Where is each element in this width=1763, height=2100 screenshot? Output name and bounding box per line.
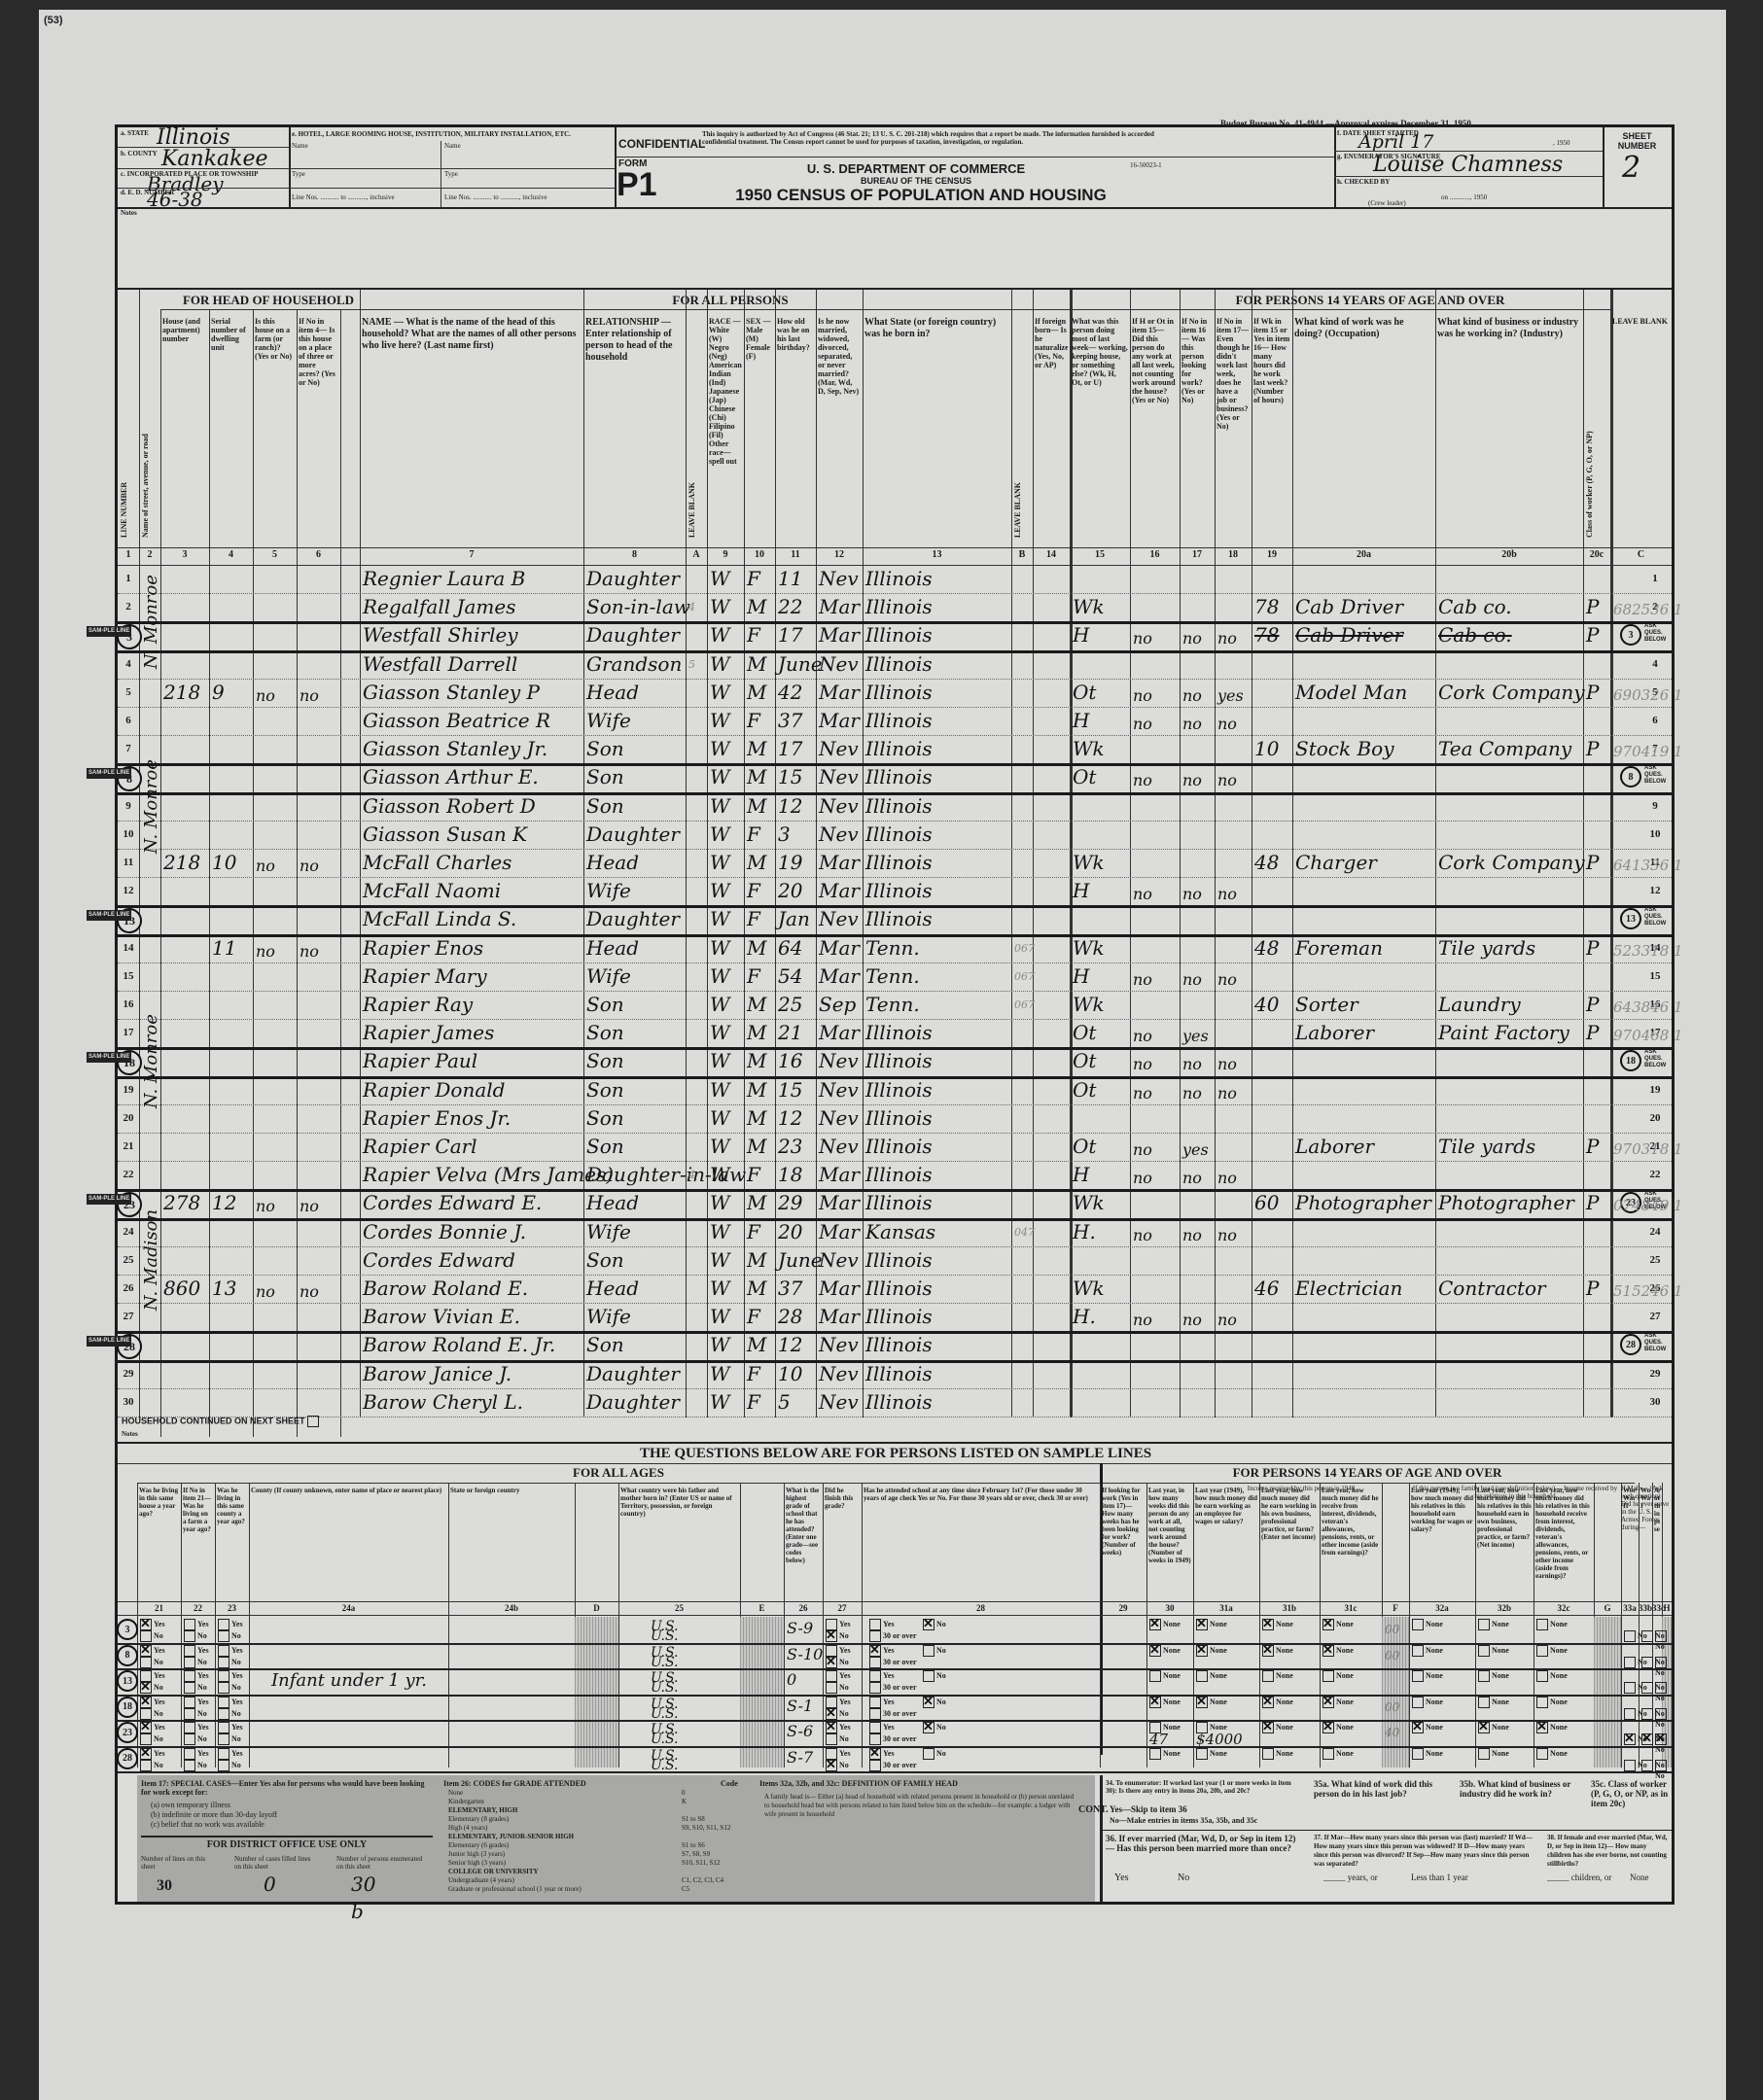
- checkbox-q28-yes-box[interactable]: [869, 1619, 881, 1630]
- checkbox-none-q32b[interactable]: None: [1478, 1722, 1509, 1733]
- checkbox-none-q31a[interactable]: None: [1196, 1748, 1227, 1760]
- table-row[interactable]: 111121810nonoMcFall CharlesHeadWM19MarIl…: [118, 849, 1672, 878]
- checkbox-q21-no-box[interactable]: [140, 1630, 152, 1642]
- checkbox-q28-no-box[interactable]: [923, 1722, 934, 1733]
- cell-hours: 48: [1254, 851, 1291, 874]
- checkbox-q27-no[interactable]: No: [826, 1657, 849, 1668]
- checkbox-q28-30-box[interactable]: [869, 1708, 881, 1720]
- checkbox-q23-no-box[interactable]: [218, 1760, 229, 1771]
- checkbox-q33-q33a-box[interactable]: [1624, 1657, 1636, 1668]
- checkbox-q23-yes[interactable]: Yes: [218, 1619, 243, 1630]
- checkbox-q27-no[interactable]: No: [826, 1733, 849, 1745]
- checkbox-q22-no-box[interactable]: [184, 1708, 195, 1720]
- sample-row[interactable]: 8YesNoYesNoYesNoU.S.U.S.S-10YesNoYesNo30…: [118, 1643, 1672, 1671]
- checkbox-none-q30-box[interactable]: [1149, 1697, 1161, 1708]
- cell-sex: F: [747, 1305, 774, 1328]
- checkbox-q28-yes[interactable]: Yes: [869, 1645, 895, 1657]
- q34-no[interactable]: No—Make entries in items 35a, 35b, and 3…: [1110, 1816, 1257, 1825]
- checkbox-none-q31a[interactable]: None: [1196, 1619, 1227, 1630]
- checkbox-q33-q33a-box[interactable]: [1624, 1708, 1636, 1720]
- checkbox-q22-no[interactable]: No: [184, 1708, 207, 1720]
- checkbox-none-q31a-box[interactable]: [1196, 1645, 1208, 1657]
- checkbox-q28-30[interactable]: 30 or over: [869, 1657, 917, 1668]
- table-row[interactable]: 1010Giasson Susan KDaughterWF3NevIllinoi…: [118, 821, 1672, 850]
- checkbox-q21-no-box[interactable]: [140, 1657, 152, 1668]
- checkbox-q22-yes[interactable]: Yes: [184, 1722, 209, 1733]
- checkbox-q22-no[interactable]: No: [184, 1682, 207, 1694]
- checkbox-q22-yes[interactable]: Yes: [184, 1697, 209, 1708]
- checkbox-q28-yes[interactable]: Yes: [869, 1722, 895, 1733]
- checkbox-q33-q33a-box[interactable]: [1624, 1760, 1636, 1771]
- q36-yes[interactable]: Yes: [1114, 1872, 1129, 1883]
- q34-yes[interactable]: Yes—Skip to item 36: [1110, 1804, 1187, 1814]
- checkbox-q22-no-box[interactable]: [184, 1760, 195, 1771]
- checkbox-q28-no[interactable]: No: [923, 1722, 946, 1733]
- checkbox-q27-no[interactable]: No: [826, 1682, 849, 1694]
- line-number-right: 24: [1644, 1226, 1666, 1238]
- checkbox-q22-yes-box[interactable]: [184, 1670, 195, 1682]
- checkbox-q23-no-box[interactable]: [218, 1708, 229, 1720]
- checkbox-none-q31c-box[interactable]: [1322, 1722, 1334, 1733]
- table-row[interactable]: 99Giasson Robert DSonWM12NevIllinois: [118, 792, 1672, 822]
- checkbox-q28-yes[interactable]: Yes: [869, 1619, 895, 1630]
- checkbox-q21-no[interactable]: No: [140, 1630, 163, 1642]
- checkbox-q23-yes-box[interactable]: [218, 1697, 229, 1708]
- checkbox-q23-no[interactable]: No: [218, 1708, 241, 1720]
- checkbox-none-q32a[interactable]: None: [1412, 1748, 1443, 1760]
- checkbox-q23-no[interactable]: No: [218, 1657, 241, 1668]
- sample-cell-grade: S-9: [787, 1619, 826, 1637]
- checkbox-q33-q33b-box[interactable]: [1641, 1682, 1653, 1694]
- checkbox-q21-yes-box[interactable]: [140, 1645, 152, 1657]
- checkbox-q22-no[interactable]: No: [184, 1657, 207, 1668]
- checkbox-q23-yes-box[interactable]: [218, 1722, 229, 1733]
- checkbox-none-q30[interactable]: None: [1149, 1697, 1181, 1708]
- checkbox-none-q31b-box[interactable]: [1262, 1645, 1274, 1657]
- checkbox-none-q32a-box[interactable]: [1412, 1619, 1424, 1630]
- table-row[interactable]: 2929Barow Janice J.DaughterWF10NevIllino…: [118, 1360, 1672, 1389]
- checkbox-q28-30[interactable]: 30 or over: [869, 1630, 917, 1642]
- checkbox-q22-yes[interactable]: Yes: [184, 1645, 209, 1657]
- table-row[interactable]: 13SAM-PLE LINEASK QUES. BELOW13McFall Li…: [118, 905, 1672, 936]
- checkbox-q28-30[interactable]: 30 or over: [869, 1733, 917, 1745]
- checkbox-q21-yes-box[interactable]: [140, 1619, 152, 1630]
- checkbox-q27-no-box[interactable]: [826, 1760, 837, 1771]
- cell-relationship: Daughter: [586, 623, 685, 647]
- checkbox-q23-yes[interactable]: Yes: [218, 1670, 243, 1682]
- cell-q18: no: [1217, 1169, 1251, 1187]
- checkbox-none-q31b-box[interactable]: [1262, 1619, 1274, 1630]
- checkbox-label: No: [231, 1683, 241, 1692]
- checkbox-q22-yes-box[interactable]: [184, 1722, 195, 1733]
- checkbox-q28-yes-box[interactable]: [869, 1670, 881, 1682]
- checkbox-q27-no[interactable]: No: [826, 1760, 849, 1771]
- checkbox-q28-yes-box[interactable]: [869, 1748, 881, 1760]
- checkbox-q22-yes[interactable]: Yes: [184, 1748, 209, 1760]
- checkbox-none-q32c-box[interactable]: [1536, 1670, 1548, 1682]
- checkbox-none-q32c[interactable]: None: [1536, 1619, 1568, 1630]
- checkbox-label: None: [1210, 1697, 1227, 1705]
- table-row[interactable]: 1717Rapier JamesSonWM21MarIllinoisOtnoye…: [118, 1019, 1672, 1050]
- checkbox-q27-no-box[interactable]: [826, 1630, 837, 1642]
- checkbox-none-q31b-box[interactable]: [1262, 1748, 1274, 1760]
- checkbox-none-q31a-box[interactable]: [1196, 1619, 1208, 1630]
- checkbox-none-q31b[interactable]: None: [1262, 1645, 1293, 1657]
- table-row[interactable]: 8SAM-PLE LINEASK QUES. BELOW8Giasson Art…: [118, 763, 1672, 794]
- checkbox-q33-q33a-box[interactable]: [1624, 1682, 1636, 1694]
- checkbox-none-q32c[interactable]: None: [1536, 1645, 1568, 1657]
- checkbox-none-q31a-box[interactable]: [1196, 1697, 1208, 1708]
- checkbox-q23-no-box[interactable]: [218, 1657, 229, 1668]
- table-row[interactable]: 66Giasson Beatrice RWifeWF37MarIllinoisH…: [118, 707, 1672, 736]
- sample-row[interactable]: 28YesNoYesNoYesNoU.S.U.S.S-7YesNoYesNo30…: [118, 1746, 1672, 1774]
- checkbox-q33-q33c-box[interactable]: [1655, 1682, 1667, 1694]
- checkbox-none-q32c[interactable]: None: [1536, 1748, 1568, 1760]
- cell-relationship: Daughter: [586, 822, 685, 846]
- checkbox-q33-q33b-box[interactable]: [1641, 1733, 1653, 1745]
- checkbox-none-q31c[interactable]: None: [1322, 1645, 1354, 1657]
- checkbox-none-q31c-box[interactable]: [1322, 1670, 1334, 1682]
- checkbox-q23-yes[interactable]: Yes: [218, 1748, 243, 1760]
- checkbox-q28-no-box[interactable]: [923, 1697, 934, 1708]
- checkbox-q28-30-box[interactable]: [869, 1630, 881, 1642]
- checkbox-q28-30-box[interactable]: [869, 1760, 881, 1771]
- checkbox-q21-yes-box[interactable]: [140, 1697, 152, 1708]
- cell-sex: M: [747, 1248, 774, 1272]
- cell-name: Giasson Stanley Jr.: [363, 737, 582, 760]
- checkbox-label: None: [1336, 1620, 1354, 1628]
- sample-row[interactable]: 23YesNoYesNoYesNoU.S.U.S.S-6YesNoYesNo30…: [118, 1720, 1672, 1748]
- checkbox-q28-30[interactable]: 30 or over: [869, 1708, 917, 1720]
- column-header-10: SEX — Male (M) Female (F): [746, 317, 773, 536]
- checkbox-label: Yes: [883, 1723, 895, 1732]
- checkbox-none-q32a[interactable]: None: [1412, 1697, 1443, 1708]
- checkbox-none-q31b-box[interactable]: [1262, 1670, 1274, 1682]
- checkbox-none-q32a-box[interactable]: [1412, 1722, 1424, 1733]
- checkbox-none-q32b-box[interactable]: [1478, 1748, 1490, 1760]
- checkbox-q33-q33b-box[interactable]: [1641, 1760, 1653, 1771]
- checkbox-none-q32b[interactable]: None: [1478, 1619, 1509, 1630]
- checkbox-q27-no-box[interactable]: [826, 1657, 837, 1668]
- table-row[interactable]: 1616Rapier RaySonWM25SepTenn.067Wk40Sort…: [118, 991, 1672, 1020]
- checkbox-q21-no-box[interactable]: [140, 1682, 152, 1694]
- checkbox-q23-yes-box[interactable]: [218, 1748, 229, 1760]
- checkbox-q22-no-box[interactable]: [184, 1630, 195, 1642]
- cell-relationship: Son: [586, 794, 685, 818]
- sample-header-q31c: Last year, how much money did he receive…: [1322, 1487, 1380, 1601]
- checkbox-q23-no[interactable]: No: [218, 1630, 241, 1642]
- checkbox-none-q30-box[interactable]: [1149, 1670, 1161, 1682]
- checkbox-q22-no-box[interactable]: [184, 1733, 195, 1745]
- checkbox-q33-q33c-box[interactable]: [1655, 1760, 1667, 1771]
- checkbox-none-q31b[interactable]: None: [1262, 1670, 1293, 1682]
- checkbox-q28-no[interactable]: No: [923, 1697, 946, 1708]
- cell-age: 25: [778, 993, 815, 1016]
- checkbox-q33-q33b-box[interactable]: [1641, 1708, 1653, 1720]
- checkbox-none-q32c[interactable]: None: [1536, 1670, 1568, 1682]
- checkbox-none-q31c[interactable]: None: [1322, 1697, 1354, 1708]
- q37-less[interactable]: Less than 1 year: [1411, 1872, 1468, 1882]
- table-row[interactable]: 141411nonoRapier EnosHeadWM64MarTenn.067…: [118, 934, 1672, 963]
- checkbox-none-q32b[interactable]: None: [1478, 1748, 1509, 1760]
- checkbox-q21-no[interactable]: No: [140, 1682, 163, 1694]
- checkbox-q23-yes[interactable]: Yes: [218, 1697, 243, 1708]
- cell-house: 218: [163, 681, 208, 704]
- checkbox-none-q32b[interactable]: None: [1478, 1697, 1509, 1708]
- checkbox-q28-30-box[interactable]: [869, 1682, 881, 1694]
- checkbox-none-q31c[interactable]: None: [1322, 1748, 1354, 1760]
- checkbox-none-q31a[interactable]: None: [1196, 1645, 1227, 1657]
- checkbox-q28-30[interactable]: 30 or over: [869, 1760, 917, 1771]
- checkbox-q23-yes-box[interactable]: [218, 1670, 229, 1682]
- checkbox-none-q32c[interactable]: None: [1536, 1697, 1568, 1708]
- sample-row[interactable]: 13YesNoYesNoYesNoInfant under 1 yr.U.S.U…: [118, 1668, 1672, 1697]
- checkbox-q33-q33b-box[interactable]: [1641, 1657, 1653, 1668]
- checkbox-q23-no[interactable]: No: [218, 1760, 241, 1771]
- checkbox-none-q30[interactable]: None: [1149, 1748, 1181, 1760]
- checkbox-q28-no-box[interactable]: [923, 1670, 934, 1682]
- checkbox-none-q31b[interactable]: None: [1262, 1722, 1293, 1733]
- checkbox-q28-yes-box[interactable]: [869, 1697, 881, 1708]
- checkbox-q28-30-box[interactable]: [869, 1657, 881, 1668]
- checkbox-none-q31b-box[interactable]: [1262, 1722, 1274, 1733]
- checkbox-q21-no[interactable]: No: [140, 1708, 163, 1720]
- q38-none[interactable]: None: [1630, 1872, 1649, 1882]
- checkbox-q22-no[interactable]: No: [184, 1733, 207, 1745]
- checkbox-q33-q33c-box[interactable]: [1655, 1630, 1667, 1642]
- checkbox-none-q30-box[interactable]: [1149, 1645, 1161, 1657]
- checkbox-q21-yes-box[interactable]: [140, 1748, 152, 1760]
- checkbox-q22-yes-box[interactable]: [184, 1697, 195, 1708]
- checkbox-q28-30[interactable]: 30 or over: [869, 1682, 917, 1694]
- checkbox-label: No: [839, 1683, 849, 1692]
- checkbox-label: None: [1550, 1645, 1568, 1654]
- checkbox-none-q31c-box[interactable]: [1322, 1645, 1334, 1657]
- checkbox-q22-yes-box[interactable]: [184, 1619, 195, 1630]
- table-row[interactable]: 3030Barow Cheryl L.DaughterWF5NevIllinoi…: [118, 1388, 1672, 1417]
- table-row[interactable]: 28SAM-PLE LINEASK QUES. BELOW28Barow Rol…: [118, 1331, 1672, 1362]
- checkbox-none-q32c[interactable]: None: [1536, 1722, 1568, 1733]
- table-row[interactable]: 1515Rapier MaryWifeWF54MarTenn.067Hnonon…: [118, 962, 1672, 992]
- checkbox-none-q32a[interactable]: None: [1412, 1722, 1443, 1733]
- checkbox-label: 30 or over: [883, 1683, 917, 1692]
- checkbox-none-q32a-box[interactable]: [1412, 1748, 1424, 1760]
- table-row[interactable]: 3SAM-PLE LINEASK QUES. BELOW3Westfall Sh…: [118, 621, 1672, 652]
- checkbox-q28-no-box[interactable]: [923, 1645, 934, 1657]
- table-row[interactable]: 23SAM-PLE LINEASK QUES. BELOW2327812nono…: [118, 1189, 1672, 1220]
- checkbox-q28-no[interactable]: No: [923, 1619, 946, 1630]
- checkbox-none-q32c-box[interactable]: [1536, 1748, 1548, 1760]
- table-row[interactable]: 2222Rapier Velva (Mrs James)Daughter-in-…: [118, 1161, 1672, 1192]
- checkbox-none-q32a[interactable]: None: [1412, 1645, 1443, 1657]
- checkbox-q33-q33c-box[interactable]: [1655, 1733, 1667, 1745]
- checkbox-q23-yes-box[interactable]: [218, 1645, 229, 1657]
- checkbox-none-q32b-box[interactable]: [1478, 1619, 1490, 1630]
- checkbox-none-q32b[interactable]: None: [1478, 1670, 1509, 1682]
- checkbox-none-q32c-box[interactable]: [1536, 1645, 1548, 1657]
- checkbox-q27-yes-box[interactable]: [826, 1722, 837, 1733]
- checkbox-q21-yes[interactable]: Yes: [140, 1748, 165, 1760]
- checkbox-q27-no-box[interactable]: [826, 1733, 837, 1745]
- checkbox-none-q32b-box[interactable]: [1478, 1697, 1490, 1708]
- checkbox-none-q31c[interactable]: None: [1322, 1722, 1354, 1733]
- checkbox-q22-no-box[interactable]: [184, 1682, 195, 1694]
- checkbox-q27-no[interactable]: No: [826, 1630, 849, 1642]
- checkbox-q27-yes[interactable]: Yes: [826, 1670, 851, 1682]
- cell-occupation: Charger: [1295, 851, 1434, 874]
- checkbox-none-q32c-box[interactable]: [1536, 1697, 1548, 1708]
- checkbox-q27-no-box[interactable]: [826, 1708, 837, 1720]
- checkbox-none-q31a-box[interactable]: [1196, 1670, 1208, 1682]
- checkbox-q21-no-box[interactable]: [140, 1733, 152, 1745]
- table-row[interactable]: 262686013nonoBarow Roland E.HeadWM37MarI…: [118, 1275, 1672, 1304]
- q37-answer[interactable]: _____ years, or: [1323, 1872, 1378, 1882]
- checkbox-none-q32a-box[interactable]: [1412, 1670, 1424, 1682]
- checkbox-q22-no[interactable]: No: [184, 1630, 207, 1642]
- checkbox-q22-yes-box[interactable]: [184, 1748, 195, 1760]
- checkbox-q28-yes-box[interactable]: [869, 1645, 881, 1657]
- checkbox-q28-no-box[interactable]: [923, 1748, 934, 1760]
- checkbox-q22-yes[interactable]: Yes: [184, 1670, 209, 1682]
- checkbox-none-q32b[interactable]: None: [1478, 1645, 1509, 1657]
- table-row[interactable]: 2020Rapier Enos Jr.SonWM12NevIllinois: [118, 1104, 1672, 1134]
- checkbox-q23-no-box[interactable]: [218, 1682, 229, 1694]
- table-row[interactable]: 2525Cordes EdwardSonWMJuneNevIllinois: [118, 1246, 1672, 1276]
- cell-birthplace: Tenn.: [865, 936, 1010, 960]
- checkbox-q23-no-box[interactable]: [218, 1733, 229, 1745]
- checkbox-none-q31c[interactable]: None: [1322, 1619, 1354, 1630]
- checkbox-q23-no[interactable]: No: [218, 1733, 241, 1745]
- checkbox-q21-no[interactable]: No: [140, 1657, 163, 1668]
- q36-no[interactable]: No: [1178, 1872, 1189, 1883]
- checkbox-q22-yes[interactable]: Yes: [184, 1619, 209, 1630]
- table-row[interactable]: 44Westfall DarrellGrandson5WMJuneNevIlli…: [118, 650, 1672, 680]
- sample-row[interactable]: 3YesNoYesNoYesNoU.S.U.S.S-9YesNoYesNo30 …: [118, 1617, 1672, 1645]
- checkbox-q28-no[interactable]: No: [923, 1645, 946, 1657]
- checkbox-none-q30-box[interactable]: [1149, 1619, 1161, 1630]
- checkbox-none-q32c-box[interactable]: [1536, 1619, 1548, 1630]
- checkbox-none-q30[interactable]: None: [1149, 1619, 1181, 1630]
- checkbox-none-q31c-box[interactable]: [1322, 1748, 1334, 1760]
- line-number: 25: [118, 1254, 139, 1266]
- checkbox-q23-no-box[interactable]: [218, 1630, 229, 1642]
- table-row[interactable]: 77Giasson Stanley Jr.SonWM17NevIllinoisW…: [118, 735, 1672, 766]
- checkbox-q28-30-box[interactable]: [869, 1733, 881, 1745]
- checkbox-none-q31c[interactable]: None: [1322, 1670, 1354, 1682]
- checkbox-q23-no[interactable]: No: [218, 1682, 241, 1694]
- checkbox-q28-no-box[interactable]: [923, 1619, 934, 1630]
- checkbox-q27-no-box[interactable]: [826, 1682, 837, 1694]
- checkbox-q22-no[interactable]: No: [184, 1760, 207, 1771]
- checkbox-q28-yes[interactable]: Yes: [869, 1697, 895, 1708]
- checkbox-none-q31c-box[interactable]: [1322, 1697, 1334, 1708]
- checkbox-none-q32a[interactable]: None: [1412, 1619, 1443, 1630]
- table-row[interactable]: 552189nonoGiasson Stanley PHeadWM42MarIl…: [118, 679, 1672, 708]
- checkbox-q27-yes[interactable]: Yes: [826, 1722, 851, 1733]
- checkbox-none-q32b-box[interactable]: [1478, 1645, 1490, 1657]
- q38-answer[interactable]: _____ children, or: [1547, 1872, 1611, 1882]
- cell-race: W: [710, 765, 743, 788]
- checkbox-q23-yes[interactable]: Yes: [218, 1645, 243, 1657]
- checkbox-q21-no[interactable]: No: [140, 1733, 163, 1745]
- checkbox-none-q31c-box[interactable]: [1322, 1619, 1334, 1630]
- sample-column-number: 30: [1146, 1603, 1193, 1613]
- checkbox-none-q32a[interactable]: None: [1412, 1670, 1443, 1682]
- checkbox-none-q32c-box[interactable]: [1536, 1722, 1548, 1733]
- checkbox-q33-q33a-box[interactable]: [1624, 1733, 1636, 1745]
- checkbox-q28-yes[interactable]: Yes: [869, 1748, 895, 1760]
- checkbox-none-q32a-box[interactable]: [1412, 1697, 1424, 1708]
- checkbox-none-q30[interactable]: None: [1149, 1645, 1181, 1657]
- checkbox-q21-no-box[interactable]: [140, 1708, 152, 1720]
- checkbox-q33-q33a-box[interactable]: [1624, 1630, 1636, 1642]
- checkbox-q21-yes[interactable]: Yes: [140, 1722, 165, 1733]
- table-row[interactable]: 2424Cordes Bonnie J.WifeWF20MarKansas047…: [118, 1218, 1672, 1247]
- checkbox-q21-yes[interactable]: Yes: [140, 1619, 165, 1630]
- checkbox-none-q32b-box[interactable]: [1478, 1670, 1490, 1682]
- table-row[interactable]: 22Regalfall JamesSon-in-law4WM22MarIllin…: [118, 593, 1672, 624]
- table-row[interactable]: 2121Rapier CarlSonWM23NevIllinoisOtnoyes…: [118, 1133, 1672, 1162]
- checkbox-none-q31b[interactable]: None: [1262, 1748, 1293, 1760]
- checkbox-q23-yes-box[interactable]: [218, 1619, 229, 1630]
- checkbox-none-q30-box[interactable]: [1149, 1748, 1161, 1760]
- checkbox-q28-no[interactable]: No: [923, 1748, 946, 1760]
- table-row[interactable]: 11Regnier Laura BDaughterWF11NevIllinois: [118, 565, 1672, 594]
- checkbox-q33-q33c-box[interactable]: [1655, 1708, 1667, 1720]
- checkbox-q27-yes-box[interactable]: [826, 1670, 837, 1682]
- checkbox-none-q31a-box[interactable]: [1196, 1748, 1208, 1760]
- cell-industry: Paint Factory: [1438, 1021, 1582, 1044]
- table-row[interactable]: 1919Rapier DonaldSonWM15NevIllinoisOtnon…: [118, 1076, 1672, 1105]
- bureau-name: BUREAU OF THE CENSUS: [746, 176, 1086, 186]
- checkbox-q21-yes-box[interactable]: [140, 1722, 152, 1733]
- checkbox-q33-q33b-box[interactable]: [1641, 1630, 1653, 1642]
- cell-industry: Cab co.: [1438, 623, 1582, 647]
- checkbox-q21-no-box[interactable]: [140, 1760, 152, 1771]
- checkbox-q33-q33c-box[interactable]: [1655, 1657, 1667, 1668]
- checkbox-label: No: [936, 1697, 946, 1705]
- checkbox-none-q31a[interactable]: None: [1196, 1670, 1227, 1682]
- sample-row[interactable]: 18YesNoYesNoYesNoU.S.U.S.S-1YesNoYesNo30…: [118, 1695, 1672, 1723]
- checkbox-none-q31a[interactable]: None: [1196, 1697, 1227, 1708]
- checkbox-q28-yes-box[interactable]: [869, 1722, 881, 1733]
- table-row[interactable]: 18SAM-PLE LINEASK QUES. BELOW18Rapier Pa…: [118, 1047, 1672, 1078]
- line-number-right: 6: [1644, 715, 1666, 726]
- household-continued-checkbox[interactable]: [307, 1416, 319, 1427]
- table-row[interactable]: 2727Barow Vivian E.WifeWF28MarIllinoisH.…: [118, 1303, 1672, 1334]
- checkbox-q21-yes[interactable]: Yes: [140, 1645, 165, 1657]
- checkbox-q23-yes[interactable]: Yes: [218, 1722, 243, 1733]
- checkbox-none-q32a-box[interactable]: [1412, 1645, 1424, 1657]
- checkbox-none-q30[interactable]: None: [1149, 1670, 1181, 1682]
- line-number-right: 27: [1644, 1311, 1666, 1322]
- checkbox-q21-no[interactable]: No: [140, 1760, 163, 1771]
- checkbox-q27-no[interactable]: No: [826, 1708, 849, 1720]
- checkbox-q28-no[interactable]: No: [923, 1670, 946, 1682]
- checkbox-none-q31b[interactable]: None: [1262, 1697, 1293, 1708]
- table-row[interactable]: 1212McFall NaomiWifeWF20MarIllinoisHnono…: [118, 877, 1672, 908]
- checkbox-none-q31b-box[interactable]: [1262, 1697, 1274, 1708]
- checkbox-q28-yes[interactable]: Yes: [869, 1670, 895, 1682]
- sample-header-q32a: Last year (1949), how much money did his…: [1411, 1487, 1473, 1601]
- checkbox-none-q32b-box[interactable]: [1478, 1722, 1490, 1733]
- checkbox-q22-no-box[interactable]: [184, 1657, 195, 1668]
- checkbox-q21-yes[interactable]: Yes: [140, 1697, 165, 1708]
- cell-age: 42: [778, 681, 815, 704]
- checkbox-none-q31b[interactable]: None: [1262, 1619, 1293, 1630]
- checkbox-label: 30 or over: [883, 1708, 917, 1717]
- checkbox-q22-yes-box[interactable]: [184, 1645, 195, 1657]
